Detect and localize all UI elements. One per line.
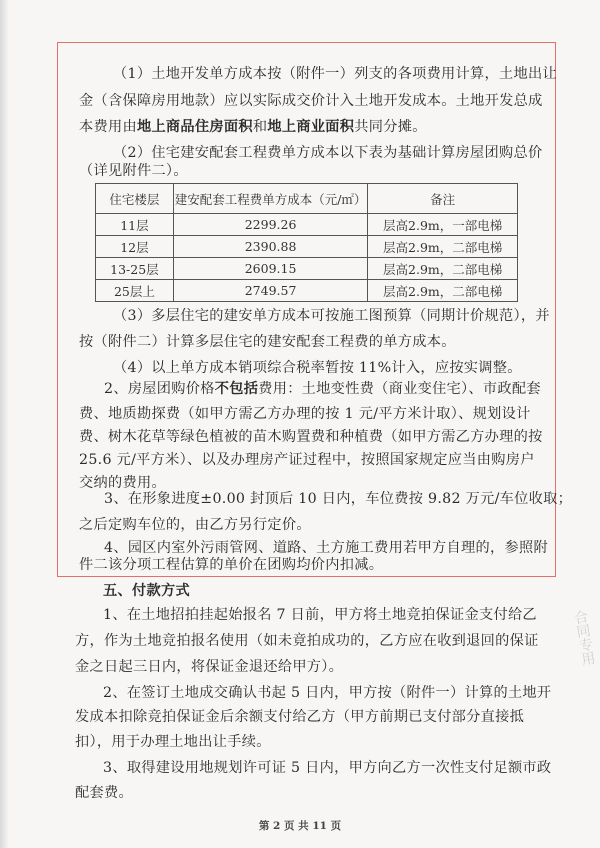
- table-row: 12层 2390.88 层高2.9m，二部电梯: [96, 236, 518, 258]
- s5-item-2-line-2: 发成本扣除竞拍保证金后余额支付给乙方（甲方前期已支付部分直接抵: [75, 704, 524, 731]
- header-remarks: 备注: [368, 184, 518, 214]
- item-2-line-1: 2、房屋团购价格不包括费用：土地变性费（商业变住宅）、市政配套: [104, 376, 541, 403]
- cell-remarks: 层高2.9m，一部电梯: [368, 214, 518, 236]
- s5-item-1-line-2: 方，作为土地竞拍报名使用（如未竟拍成功的，乙方应在收到退回的保证: [75, 628, 539, 655]
- page-edge-shadow: [0, 0, 8, 848]
- construction-cost-table: 住宅楼层 建安配套工程费单方成本（元/㎡） 备注 11层 2299.26 层高2…: [95, 183, 518, 302]
- s5-item-1-line-1: 1、在土地招拍挂起始报名 7 日前，甲方将土地竞拍保证金支付给乙: [103, 602, 537, 629]
- section-5-heading: 五、付款方式: [103, 578, 190, 605]
- para-1-line-2: 金（含保障房用地款）应以实际成交价计入土地开发成本。土地开发总成: [79, 88, 543, 115]
- cell-floor: 25层上: [96, 280, 174, 302]
- cell-floor: 12层: [96, 236, 174, 258]
- page-number-footer: 第 2 页 共 11 页: [0, 818, 600, 833]
- item-2-rest: 费用：土地变性费（商业变住宅）、市政配套: [258, 381, 541, 397]
- cell-remarks: 层高2.9m，二部电梯: [368, 258, 518, 280]
- para-1-conj: 和: [253, 119, 268, 135]
- cell-remarks: 层高2.9m，二部电梯: [368, 236, 518, 258]
- table-row: 11层 2299.26 层高2.9m，一部电梯: [96, 214, 518, 236]
- item-3-line-1: 3、在形象进度±0.00 封顶后 10 日内，车位费按 9.82 万元/车位收取…: [104, 486, 572, 513]
- header-floor: 住宅楼层: [96, 184, 174, 214]
- para-1-line-3-start: 本费用由: [79, 119, 137, 135]
- table-row: 13-25层 2609.15 层高2.9m，二部电梯: [96, 258, 518, 280]
- bold-residential-area: 地上商品住房面积: [137, 119, 253, 135]
- table-header-row: 住宅楼层 建安配套工程费单方成本（元/㎡） 备注: [96, 184, 518, 214]
- cell-unit-cost: 2609.15: [173, 258, 368, 280]
- seal-stamp-partial: 合同专用: [566, 609, 600, 682]
- s5-item-3-line-2: 配套费。: [75, 780, 133, 807]
- item-4-line-2: 件二该分项工程估算的单价在团购均价内扣减。: [79, 552, 383, 579]
- bold-not-include: 不包括: [215, 381, 258, 397]
- cell-unit-cost: 2390.88: [173, 236, 368, 258]
- s5-item-1-line-3: 金之日起三日内，将保证金退还给甲方）。: [75, 654, 343, 681]
- s5-item-2-line-1: 2、在签订土地成交确认书起 5 日内，甲方按（附件一）计算的土地开: [103, 680, 551, 707]
- item-2-prefix: 2、房屋团购价格: [104, 381, 215, 397]
- para-1-line-1: （1）土地开发单方成本按（附件一）列支的各项费用计算，土地出让: [113, 61, 557, 88]
- para-3-line-1: （3）多层住宅的建安单方成本可按施工图预算（同期计价规范），并: [113, 303, 550, 330]
- para-3-line-2: 按（附件二）计算多层住宅的建安配套工程费的单方成本。: [79, 329, 456, 356]
- cell-unit-cost: 2749.57: [173, 280, 368, 302]
- header-unit-cost: 建安配套工程费单方成本（元/㎡）: [173, 184, 368, 214]
- table-row: 25层上 2749.57 层高2.9m，二部电梯: [96, 280, 518, 302]
- s5-item-3-line-1: 3、取得建设用地规划许可证 5 日内，甲方向乙方一次性支付足额市政: [103, 755, 551, 782]
- s5-item-2-line-3: 扣），用于办理土地出让手续。: [75, 729, 271, 756]
- bold-commercial-area: 地上商业面积: [267, 119, 354, 135]
- para-1-line-3: 本费用由地上商品住房面积和地上商业面积共同分摊。: [79, 114, 427, 141]
- para-1-tail: 共同分摊。: [354, 119, 426, 135]
- cell-remarks: 层高2.9m，二部电梯: [368, 280, 518, 302]
- cell-floor: 11层: [96, 214, 174, 236]
- cell-unit-cost: 2299.26: [173, 214, 368, 236]
- para-2-line-2: （详见附件二）。: [79, 158, 188, 185]
- cell-floor: 13-25层: [96, 258, 174, 280]
